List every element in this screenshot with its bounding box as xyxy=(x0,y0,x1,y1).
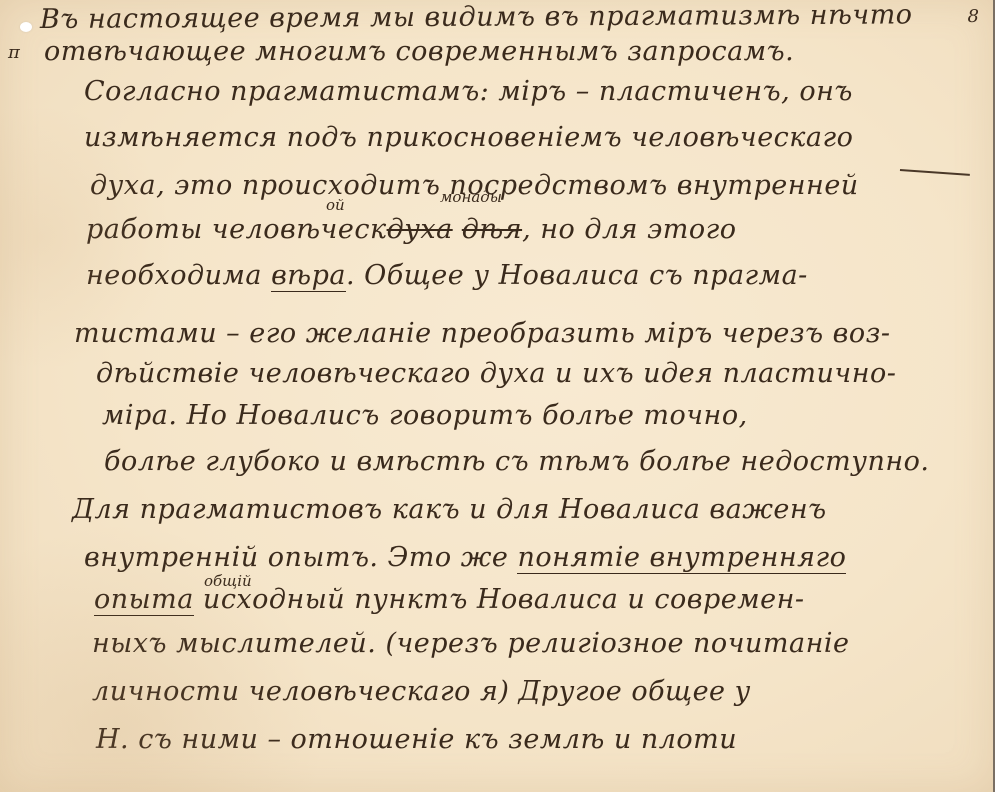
page-number: 8 xyxy=(968,6,979,27)
manuscript-line-8: тистами – его желаніе преобразить міръ ч… xyxy=(74,318,890,349)
underlined-vera: вѣра xyxy=(271,260,346,292)
line-6-text: работы человѣческ xyxy=(86,214,387,245)
manuscript-line-1: Въ настоящее время мы видимъ въ прагмати… xyxy=(40,0,913,35)
manuscript-line-4: измѣняется подъ прикосновеніемъ человѣче… xyxy=(84,122,853,153)
manuscript-line-14: опыта исходный пунктъ Новалиса и совреме… xyxy=(94,584,805,615)
manuscript-line-13: внутренній опытъ. Это же понятіе внутрен… xyxy=(84,542,846,573)
line-14-tail: исходный пунктъ Новалиса и современ- xyxy=(194,584,805,615)
manuscript-line-10: міра. Но Новалисъ говоритъ болѣе точно, xyxy=(102,400,748,431)
trailing-stroke xyxy=(900,169,970,175)
insertion-ending: ой xyxy=(326,196,345,214)
manuscript-line-11: болѣе глубоко и вмѣстѣ съ тѣмъ болѣе нед… xyxy=(104,446,929,477)
manuscript-line-16: личности человѣческаго я) Другое общее у xyxy=(92,676,751,707)
paper-hole xyxy=(20,22,32,32)
insertion-monady: монады xyxy=(440,188,502,206)
struck-word-1: духа xyxy=(387,214,453,245)
underlined-opyta: опыта xyxy=(94,584,194,616)
manuscript-page: 8 π Въ настоящее время мы видимъ въ праг… xyxy=(0,0,995,792)
margin-mark: π xyxy=(8,42,20,63)
manuscript-line-2: отвѣчающее многимъ современнымъ запросам… xyxy=(44,36,794,67)
manuscript-line-12: Для прагматистовъ какъ и для Новалиса ва… xyxy=(72,494,827,525)
line-7-head: необходима xyxy=(86,260,271,291)
line-6-tail: , но для этого xyxy=(522,214,736,245)
manuscript-line-6: работы человѣческдуха дѣя, но для этого xyxy=(86,214,737,245)
manuscript-line-3: Согласно прагматистамъ: міръ – пластичен… xyxy=(84,76,853,107)
line-7-tail: . Общее у Новалиса съ прагма- xyxy=(346,260,808,291)
struck-word-2: дѣя xyxy=(462,214,522,245)
line-13-head: внутренній опытъ. Это же xyxy=(84,542,517,573)
underlined-ponyatie: понятіе внутренняго xyxy=(517,542,846,574)
manuscript-line-7: необходима вѣра. Общее у Новалиса съ пра… xyxy=(86,260,808,291)
manuscript-line-9: дѣйствіе человѣческаго духа и ихъ идея п… xyxy=(96,358,896,389)
manuscript-line-15: ныхъ мыслителей. (черезъ религіозное поч… xyxy=(92,628,849,659)
manuscript-line-17: Н. съ ними – отношеніе къ землѣ и плоти xyxy=(96,724,737,755)
